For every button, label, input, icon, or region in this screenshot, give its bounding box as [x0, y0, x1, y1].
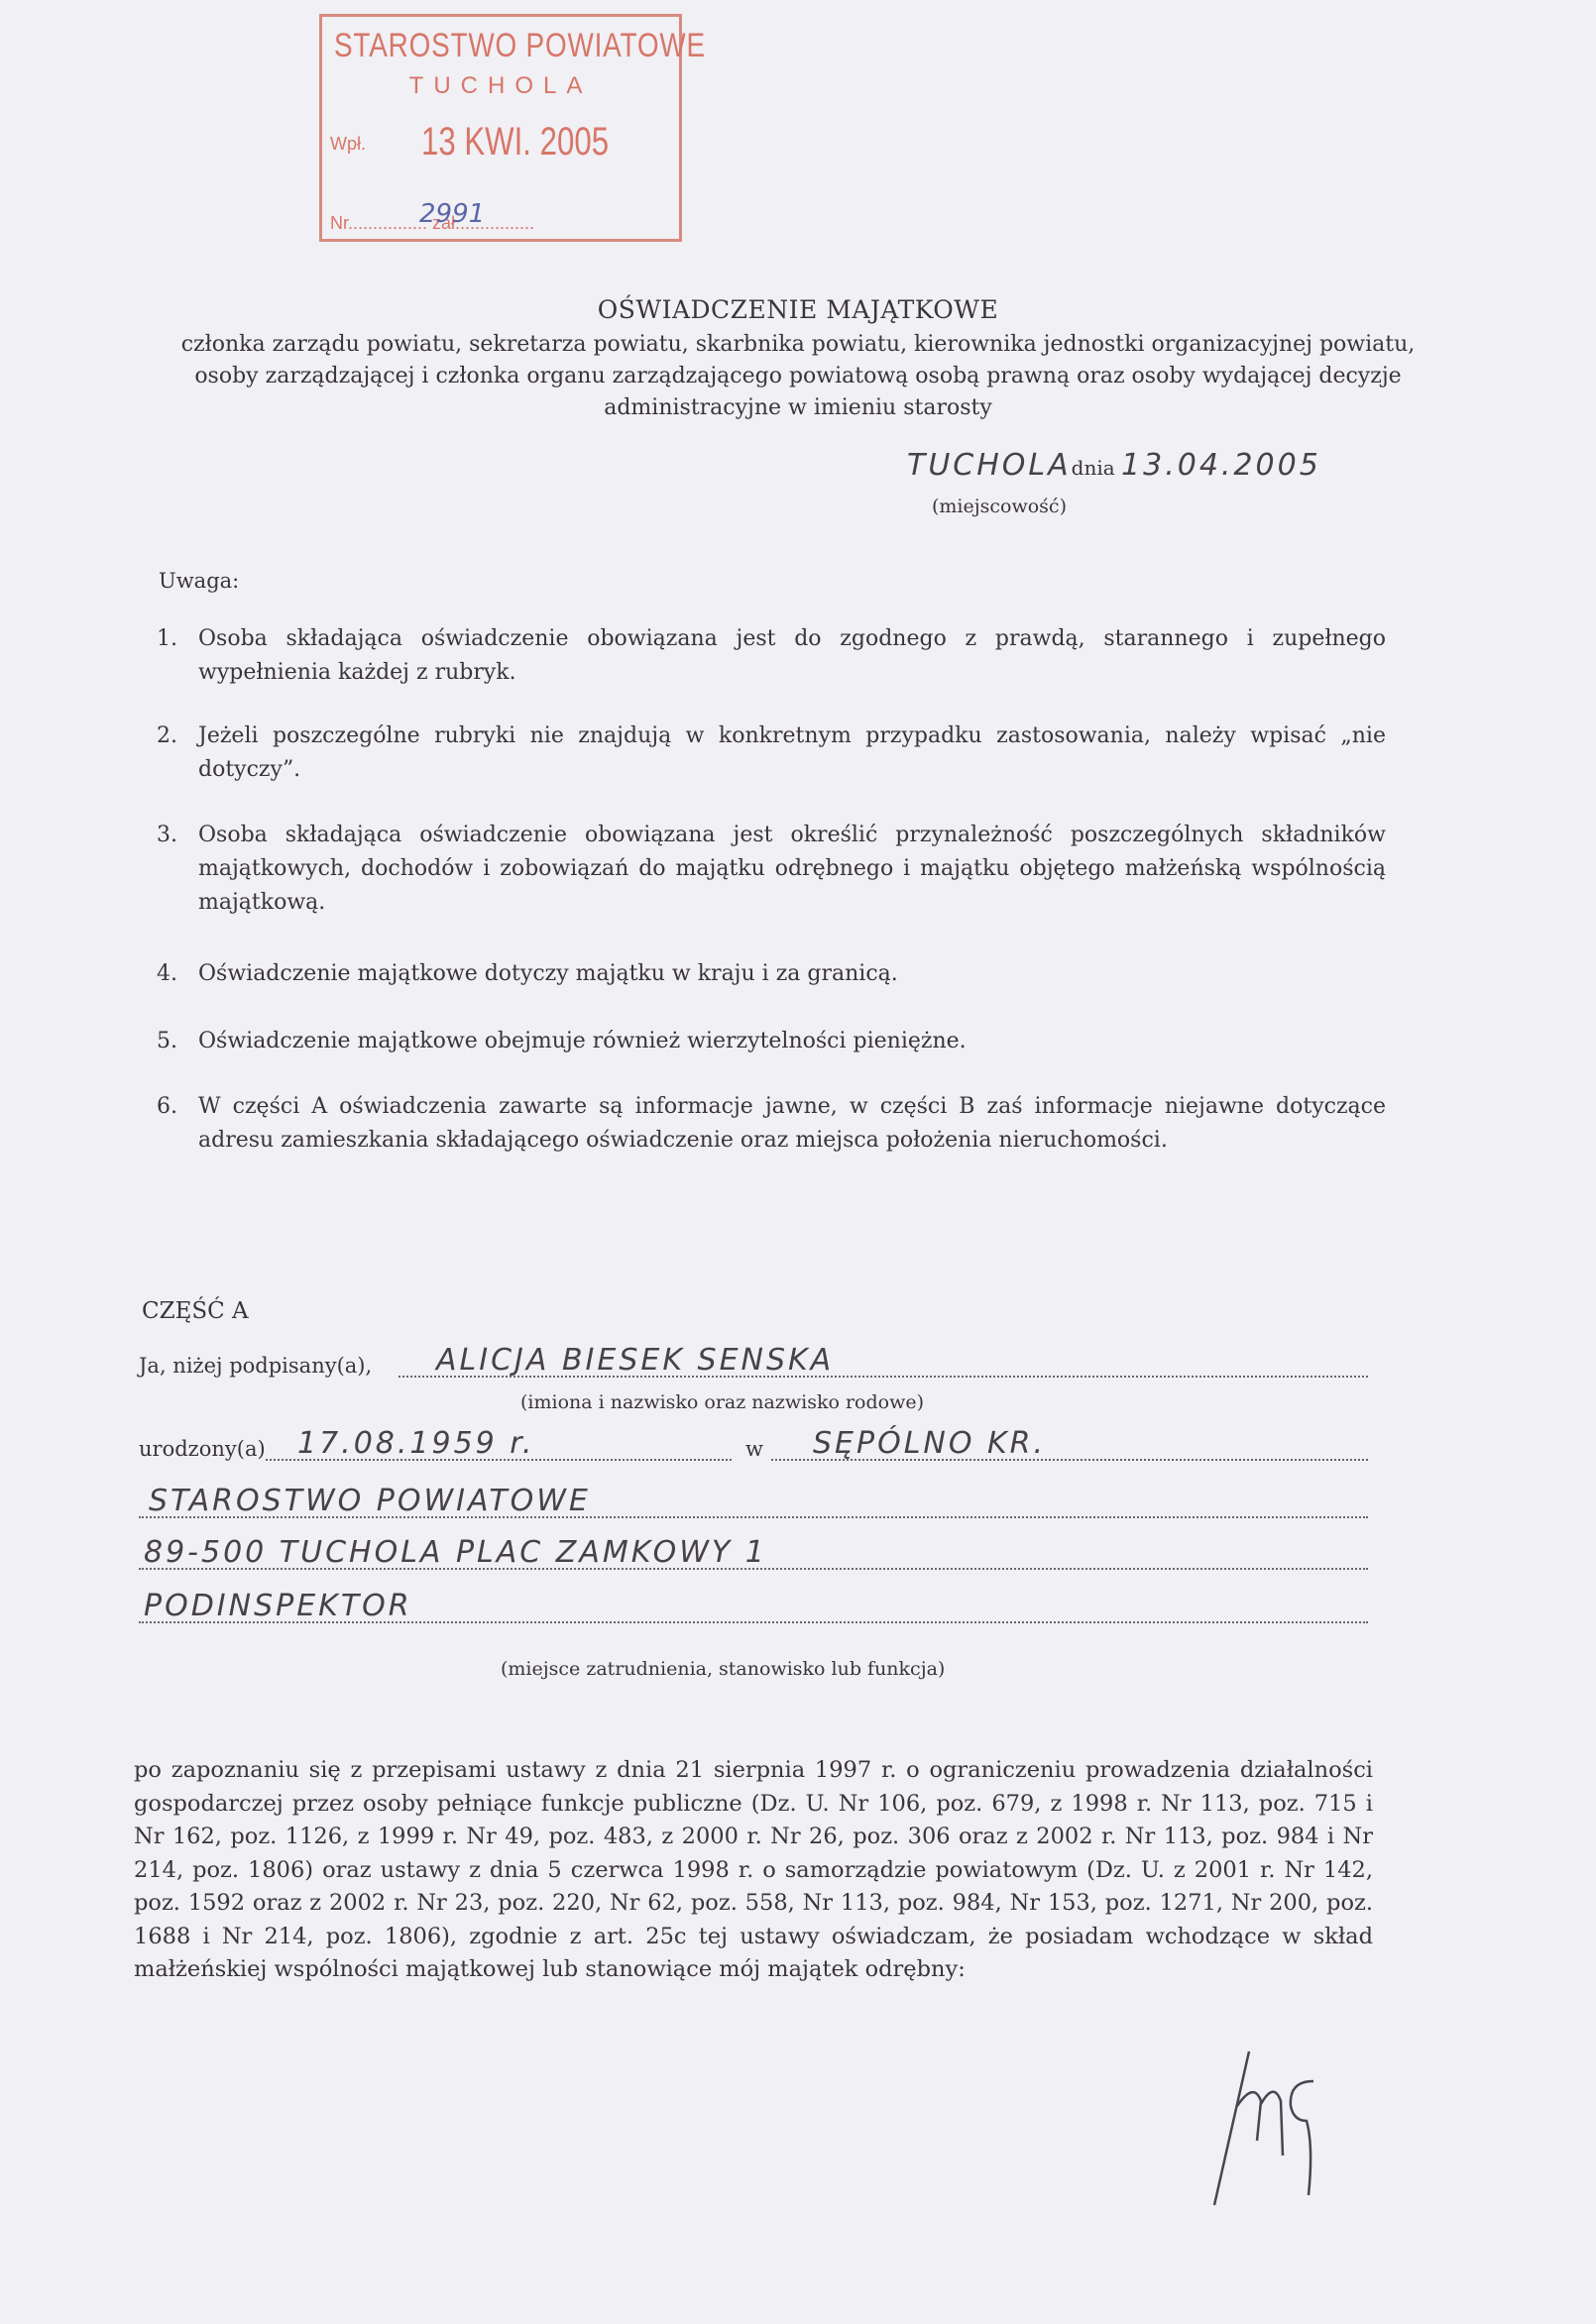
place-date-line: TUCHOLAdnia 13.04.2005	[907, 448, 1321, 483]
note-item: 5.Oświadczenie majątkowe obejmuje równie…	[157, 1025, 1386, 1058]
stamp-nr-label: Nr	[330, 213, 348, 233]
note-text: Osoba składająca oświadczenie obowiązana…	[198, 819, 1386, 920]
name-value: ALICJA BIESEK SENSKA	[436, 1343, 834, 1378]
date-value: 13.04.2005	[1121, 448, 1321, 483]
born-label: urodzony(a)	[139, 1437, 266, 1461]
born-place-value: SĘPÓLNO KR.	[813, 1426, 1046, 1461]
stamp-wpl-label: Wpł.	[330, 134, 366, 155]
part-a-heading: CZĘŚĆ A	[142, 1298, 249, 1324]
declaration-paragraph: po zapoznaniu się z przepisami ustawy z …	[134, 1754, 1373, 1987]
born-in-label: w	[745, 1437, 763, 1461]
note-item: 1.Osoba składająca oświadczenie obowiąza…	[157, 622, 1386, 690]
note-number: 4.	[157, 957, 177, 991]
born-date-value: 17.08.1959 r.	[297, 1426, 534, 1461]
stamp-received-date: 13 KWI. 2005	[421, 120, 609, 165]
document-subtitle: członka zarządu powiatu, sekretarza powi…	[169, 329, 1427, 424]
note-item: 4.Oświadczenie majątkowe dotyczy majątku…	[157, 957, 1386, 991]
note-number: 3.	[157, 819, 177, 852]
note-number: 1.	[157, 622, 177, 656]
initials-signature-icon	[1199, 2047, 1348, 2215]
signed-label: Ja, niżej podpisany(a),	[139, 1354, 372, 1378]
note-text: Osoba składająca oświadczenie obowiązana…	[198, 622, 1386, 690]
note-text: Jeżeli poszczególne rubryki nie znajdują…	[198, 719, 1386, 787]
employment-line-1: STAROSTWO POWIATOWE	[139, 1485, 1368, 1524]
name-caption: (imiona i nazwisko oraz nazwisko rodowe)	[520, 1391, 924, 1413]
note-item: 3.Osoba składająca oświadczenie obowiąza…	[157, 819, 1386, 920]
birth-field: urodzony(a) 17.08.1959 r. w SĘPÓLNO KR.	[139, 1427, 1368, 1467]
note-item: 6.W części A oświadczenia zawarte są inf…	[157, 1090, 1386, 1158]
notes-heading: Uwaga:	[159, 569, 239, 593]
stamp-office: STAROSTWO POWIATOWE	[334, 27, 706, 65]
employment-line-3: PODINSPEKTOR	[139, 1590, 1368, 1629]
note-text: W części A oświadczenia zawarte są infor…	[198, 1090, 1386, 1158]
place-value: TUCHOLA	[907, 448, 1072, 483]
note-number: 2.	[157, 719, 177, 753]
note-number: 6.	[157, 1090, 177, 1124]
registry-stamp: STAROSTWO POWIATOWE TUCHOLA Wpł. 13 KWI.…	[319, 14, 682, 242]
dnia-label: dnia	[1072, 456, 1115, 480]
document-title: OŚWIADCZENIE MAJĄTKOWE	[0, 295, 1596, 324]
employment-caption: (miejsce zatrudnienia, stanowisko lub fu…	[501, 1658, 945, 1680]
note-text: Oświadczenie majątkowe dotyczy majątku w…	[198, 957, 1386, 991]
name-field: Ja, niżej podpisany(a), ALICJA BIESEK SE…	[139, 1344, 1368, 1383]
place-caption: (miejscowość)	[932, 496, 1067, 517]
stamp-number-row: Nr................ zał................ 2…	[330, 213, 534, 234]
employment-line-2: 89-500 TUCHOLA PLAC ZAMKOWY 1	[139, 1536, 1368, 1576]
note-item: 2.Jeżeli poszczególne rubryki nie znajdu…	[157, 719, 1386, 787]
note-text: Oświadczenie majątkowe obejmuje również …	[198, 1025, 1386, 1058]
stamp-city: TUCHOLA	[322, 72, 679, 100]
stamp-nr-value: 2991	[419, 199, 485, 229]
note-number: 5.	[157, 1025, 177, 1058]
